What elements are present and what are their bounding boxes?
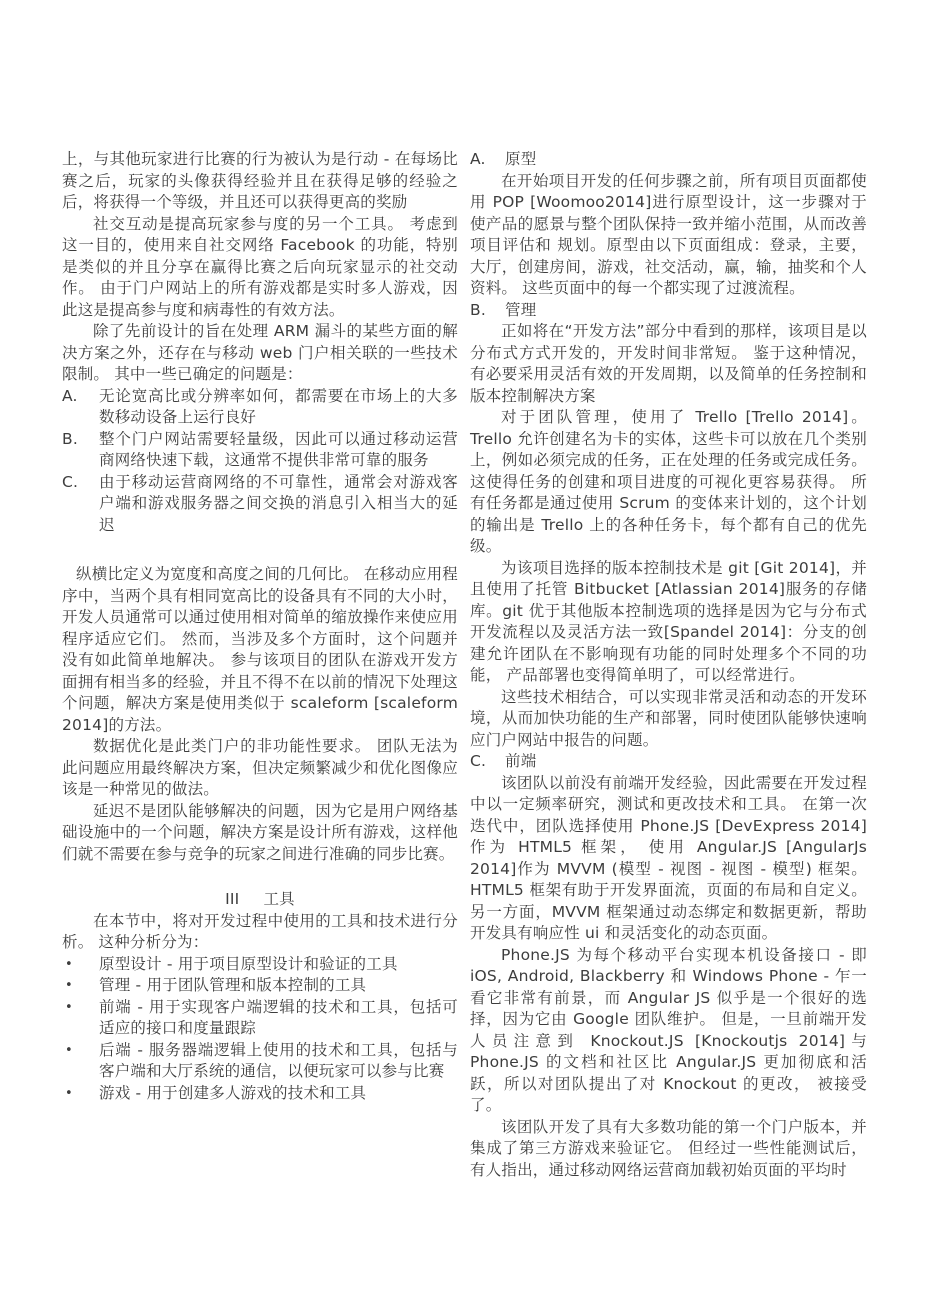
paragraph-prototype: 在开始项目开发的任何步骤之前，所有项目页面都使用 POP [Woomoo2014… — [470, 171, 867, 300]
right-column: A.原型 在开始项目开发的任何步骤之前，所有项目页面都使用 POP [Woomo… — [470, 149, 867, 1181]
paragraph-first-version: 该团队开发了具有大多数功能的第一个门户版本，并集成了第三方游戏来验证它。 但经过… — [470, 1117, 867, 1182]
bullet-icon: • — [65, 1083, 73, 1105]
issue-item-a: A. 无论宽高比或分辨率如何，都需要在市场上的大多数移动设备上运行良好 — [62, 386, 458, 429]
paragraph-combined-techniques: 这些技术相结合，可以实现非常灵活和动态的开发环境，从而加快功能的生产和部署，同时… — [470, 687, 867, 752]
issue-label-a: A. — [62, 386, 78, 408]
paragraph-git: 为该项目选择的版本控制技术是 git [Git 2014]，并且使用了托管 Bi… — [470, 558, 867, 687]
issue-text-b: 整个门户网站需要轻量级，因此可以通过移动运营商网络快速下载，这通常不提供非常可靠… — [99, 430, 458, 470]
tool-list-item-backend: • 后端 - 服务器端逻辑上使用的技术和工具，包括与客户端和大厅系统的通信，以便… — [62, 1040, 458, 1083]
issue-text-a: 无论宽高比或分辨率如何，都需要在市场上的大多数移动设备上运行良好 — [99, 387, 458, 427]
tool-list-text: 后端 - 服务器端逻辑上使用的技术和工具，包括与客户端和大厅系统的通信，以便玩家… — [99, 1041, 458, 1081]
section-heading-tools: III工具 — [62, 889, 458, 911]
subsection-title: 前端 — [505, 752, 536, 770]
issue-item-c: C. 由于移动运营商网络的不可靠性，通常会对游戏客户端和游戏服务器之间交换的消息… — [62, 472, 458, 537]
subsection-label: C. — [470, 751, 505, 773]
subsection-title: 管理 — [505, 301, 536, 319]
tool-list-item-frontend: • 前端 - 用于实现客户端逻辑的技术和工具，包括可适应的接口和度量跟踪 — [62, 997, 458, 1040]
paragraph-frontend: 该团队以前没有前端开发经验，因此需要在开发过程中以一定频率研究，测试和更改技术和… — [470, 773, 867, 945]
paragraph-latency: 延迟不是团队能够解决的问题，因为它是用户网络基础设施中的一个问题，解决方案是设计… — [62, 801, 458, 866]
issue-item-b: B. 整个门户网站需要轻量级，因此可以通过移动运营商网络快速下载，这通常不提供非… — [62, 429, 458, 472]
section-numeral: III — [225, 890, 239, 908]
paragraph-social-interaction: 社交互动是提高玩家参与度的另一个工具。 考虑到这一目的，使用来自社交网络 Fac… — [62, 214, 458, 322]
paragraph-data-optimization: 数据优化是此类门户的非功能性要求。 团队无法为此问题应用最终解决方案，但决定频繁… — [62, 736, 458, 801]
paragraph-management: 正如将在“开发方法”部分中看到的那样，该项目是以分布式方式开发的，开发时间非常短… — [470, 321, 867, 407]
issue-label-c: C. — [62, 472, 78, 494]
issue-text-c: 由于移动运营商网络的不可靠性，通常会对游戏客户端和游戏服务器之间交换的消息引入相… — [99, 473, 458, 534]
paragraph-continuation: 上，与其他玩家进行比赛的行为被认为是行动 - 在每场比赛之后，玩家的头像获得经验… — [62, 149, 458, 214]
left-column: 上，与其他玩家进行比赛的行为被认为是行动 - 在每场比赛之后，玩家的头像获得经验… — [62, 149, 458, 1104]
paragraph-phonejs: Phone.JS 为每个移动平台实现本机设备接口 - 即 iOS, Androi… — [470, 945, 867, 1117]
issue-label-b: B. — [62, 429, 78, 451]
bullet-icon: • — [65, 954, 73, 976]
paragraph-trello: 对于团队管理，使用了 Trello [Trello 2014]。 Trello … — [470, 407, 867, 558]
subsection-title: 原型 — [505, 150, 536, 168]
tool-list-item-management: • 管理 - 用于团队管理和版本控制的工具 — [62, 975, 458, 997]
bullet-icon: • — [65, 997, 73, 1019]
paragraph-technical-limitations: 除了先前设计的旨在处理 ARM 漏斗的某些方面的解决方案之外，还存在与移动 we… — [62, 321, 458, 386]
tool-list-text: 管理 - 用于团队管理和版本控制的工具 — [99, 976, 366, 994]
bullet-icon: • — [65, 975, 73, 997]
section-title: 工具 — [263, 890, 294, 908]
tool-list-item-games: • 游戏 - 用于创建多人游戏的技术和工具 — [62, 1083, 458, 1105]
paragraph-aspect-ratio: 纵横比定义为宽度和高度之间的几何比。 在移动应用程序中，当两个具有相同宽高比的设… — [62, 564, 458, 736]
tool-list-item-prototyping: • 原型设计 - 用于项目原型设计和验证的工具 — [62, 954, 458, 976]
subsection-label: A. — [470, 149, 505, 171]
tool-list-text: 前端 - 用于实现客户端逻辑的技术和工具，包括可适应的接口和度量跟踪 — [99, 998, 458, 1038]
subsection-label: B. — [470, 300, 505, 322]
subsection-heading-prototype: A.原型 — [470, 149, 867, 171]
paragraph-tools-intro: 在本节中，将对开发过程中使用的工具和技术进行分析。 这种分析分为： — [62, 911, 458, 954]
bullet-icon: • — [65, 1040, 73, 1062]
subsection-heading-frontend: C.前端 — [470, 751, 867, 773]
paper-page: 上，与其他玩家进行比赛的行为被认为是行动 - 在每场比赛之后，玩家的头像获得经验… — [0, 0, 926, 1309]
subsection-heading-management: B.管理 — [470, 300, 867, 322]
tool-list-text: 游戏 - 用于创建多人游戏的技术和工具 — [99, 1084, 366, 1102]
tool-list-text: 原型设计 - 用于项目原型设计和验证的工具 — [99, 955, 398, 973]
